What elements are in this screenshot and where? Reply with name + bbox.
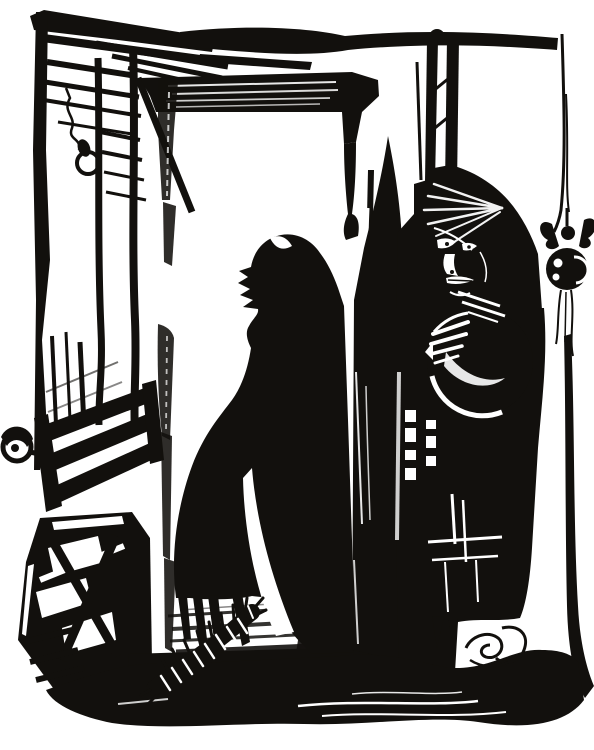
old-woman <box>394 165 545 674</box>
pendant-ball <box>546 248 588 290</box>
illustration-canvas <box>0 0 594 750</box>
ink-illustration: Black ink illustration: a hunched black … <box>0 0 594 750</box>
